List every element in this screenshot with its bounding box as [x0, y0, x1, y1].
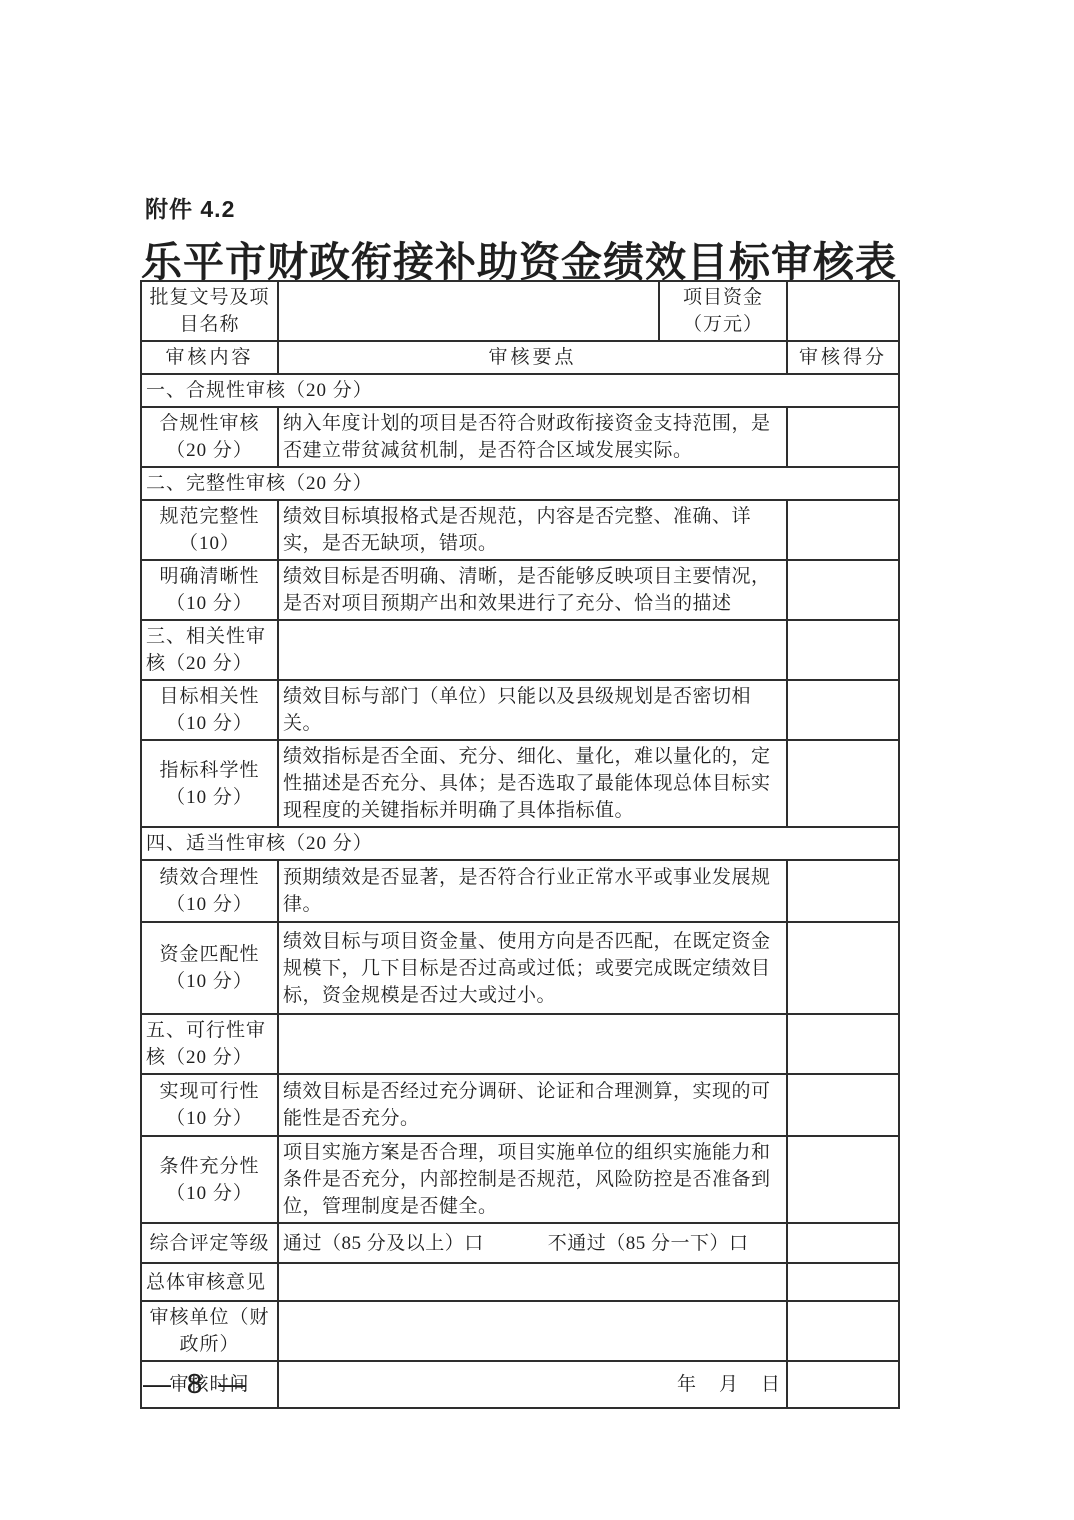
item-reasonable-label: 绩效合理性 （10 分） [141, 860, 278, 922]
review-unit-value-cell [278, 1301, 787, 1361]
page-number: — 8 — [143, 1368, 250, 1400]
section-3-score-cell [787, 620, 899, 680]
table-row-section-3: 三、相关性审 核（20 分） [141, 620, 899, 680]
item-achievable-points: 绩效目标是否经过充分调研、论证和合理测算，实现的可能性是否充分。 [278, 1074, 787, 1136]
item-compliance-score-cell [787, 407, 899, 467]
item-conditions-points: 项目实施方案是否合理，项目实施单位的组织实施能力和条件是否充分，内部控制是否规范… [278, 1136, 787, 1223]
document-page: 附件 4.2 乐平市财政衔接补助资金绩效目标审核表 批复文号及项 目名称 项目资… [0, 0, 1074, 1520]
table-row-item-relevance: 目标相关性 （10 分） 绩效目标与部门（单位）只能以及县级规划是否密切相关。 [141, 680, 899, 740]
column-header-content: 审核内容 [141, 341, 278, 374]
item-achievable-score-cell [787, 1074, 899, 1136]
column-header-score: 审核得分 [787, 341, 899, 374]
item-standard-label: 规范完整性 （10） [141, 500, 278, 560]
section-5-heading: 五、可行性审 核（20 分） [141, 1014, 278, 1074]
table-row-item-reasonable: 绩效合理性 （10 分） 预期绩效是否显著，是否符合行业正常水平或事业发展规律。 [141, 860, 899, 922]
item-standard-score-cell [787, 500, 899, 560]
approval-doc-label: 批复文号及项 目名称 [141, 281, 278, 341]
rating-pass-checkbox-label: 通过（85 分及以上）口 [283, 1233, 484, 1254]
project-fund-value-cell [787, 281, 899, 341]
table-row-rating: 综合评定等级 通过（85 分及以上）口不通过（85 分一下）口 [141, 1223, 899, 1263]
item-compliance-points: 纳入年度计划的项目是否符合财政衔接资金支持范围，是否建立带贫减贫机制，是否符合区… [278, 407, 787, 467]
table-row-section-4: 四、适当性审核（20 分） [141, 827, 899, 860]
table-row-review-date: 审核时间 年 月 日 [141, 1361, 899, 1408]
attachment-label: 附件 4.2 [145, 191, 235, 224]
table-row-header-top: 批复文号及项 目名称 项目资金 （万元） [141, 281, 899, 341]
item-relevance-score-cell [787, 680, 899, 740]
rating-label: 综合评定等级 [141, 1223, 278, 1263]
table-row-item-achievable: 实现可行性 （10 分） 绩效目标是否经过充分调研、论证和合理测算，实现的可能性… [141, 1074, 899, 1136]
column-header-points: 审核要点 [278, 341, 787, 374]
item-conditions-label: 条件充分性 （10 分） [141, 1136, 278, 1223]
review-date-value-cell: 年 月 日 [278, 1361, 787, 1408]
item-compliance-label: 合规性审核 （20 分） [141, 407, 278, 467]
project-fund-label: 项目资金 （万元） [659, 281, 787, 341]
table-row-item-clarity: 明确清晰性 （10 分） 绩效目标是否明确、清晰，是否能够反映项目主要情况，是否… [141, 560, 899, 620]
section-3-heading: 三、相关性审 核（20 分） [141, 620, 278, 680]
section-2-heading: 二、完整性审核（20 分） [141, 467, 899, 500]
review-unit-label: 审核单位（财 政所） [141, 1301, 278, 1361]
table-row-overall-opinion: 总体审核意见 [141, 1263, 899, 1301]
item-relevance-points: 绩效目标与部门（单位）只能以及县级规划是否密切相关。 [278, 680, 787, 740]
table-row-item-standard: 规范完整性 （10） 绩效目标填报格式是否规范，内容是否完整、准确、详实，是否无… [141, 500, 899, 560]
item-conditions-score-cell [787, 1136, 899, 1223]
section-3-points-cell [278, 620, 787, 680]
rating-options-cell: 通过（85 分及以上）口不通过（85 分一下）口 [278, 1223, 787, 1263]
table-row-column-headers: 审核内容 审核要点 审核得分 [141, 341, 899, 374]
item-clarity-points: 绩效目标是否明确、清晰，是否能够反映项目主要情况，是否对项目预期产出和效果进行了… [278, 560, 787, 620]
rating-score-cell [787, 1223, 899, 1263]
review-unit-score-cell [787, 1301, 899, 1361]
section-5-score-cell [787, 1014, 899, 1074]
table-row-section-1: 一、合规性审核（20 分） [141, 374, 899, 407]
table-row-review-unit: 审核单位（财 政所） [141, 1301, 899, 1361]
item-funding-score-cell [787, 922, 899, 1014]
item-standard-points: 绩效目标填报格式是否规范，内容是否完整、准确、详实，是否无缺项，错项。 [278, 500, 787, 560]
rating-fail-checkbox-label: 不通过（85 分一下）口 [548, 1233, 749, 1254]
item-funding-label: 资金匹配性 （10 分） [141, 922, 278, 1014]
table-row-item-scientific: 指标科学性 （10 分） 绩效指标是否全面、充分、细化、量化，难以量化的，定性描… [141, 740, 899, 827]
table-row-section-5: 五、可行性审 核（20 分） [141, 1014, 899, 1074]
review-table: 批复文号及项 目名称 项目资金 （万元） 审核内容 审核要点 审核得分 一、合规… [140, 280, 900, 1409]
section-1-heading: 一、合规性审核（20 分） [141, 374, 899, 407]
overall-opinion-value-cell [278, 1263, 787, 1301]
item-reasonable-points: 预期绩效是否显著，是否符合行业正常水平或事业发展规律。 [278, 860, 787, 922]
overall-opinion-label: 总体审核意见 [141, 1263, 278, 1301]
item-scientific-label: 指标科学性 （10 分） [141, 740, 278, 827]
item-clarity-score-cell [787, 560, 899, 620]
approval-doc-value-cell [278, 281, 659, 341]
item-funding-points: 绩效目标与项目资金量、使用方向是否匹配，在既定资金规模下，几下目标是否过高或过低… [278, 922, 787, 1014]
section-5-points-cell [278, 1014, 787, 1074]
table-row-section-2: 二、完整性审核（20 分） [141, 467, 899, 500]
item-relevance-label: 目标相关性 （10 分） [141, 680, 278, 740]
overall-opinion-score-cell [787, 1263, 899, 1301]
item-clarity-label: 明确清晰性 （10 分） [141, 560, 278, 620]
review-date-score-cell [787, 1361, 899, 1408]
table-row-item-compliance: 合规性审核 （20 分） 纳入年度计划的项目是否符合财政衔接资金支持范围，是否建… [141, 407, 899, 467]
section-4-heading: 四、适当性审核（20 分） [141, 827, 899, 860]
item-scientific-score-cell [787, 740, 899, 827]
item-reasonable-score-cell [787, 860, 899, 922]
table-row-item-funding: 资金匹配性 （10 分） 绩效目标与项目资金量、使用方向是否匹配，在既定资金规模… [141, 922, 899, 1014]
item-scientific-points: 绩效指标是否全面、充分、细化、量化，难以量化的，定性描述是否充分、具体；是否选取… [278, 740, 787, 827]
table-row-item-conditions: 条件充分性 （10 分） 项目实施方案是否合理，项目实施单位的组织实施能力和条件… [141, 1136, 899, 1223]
item-achievable-label: 实现可行性 （10 分） [141, 1074, 278, 1136]
